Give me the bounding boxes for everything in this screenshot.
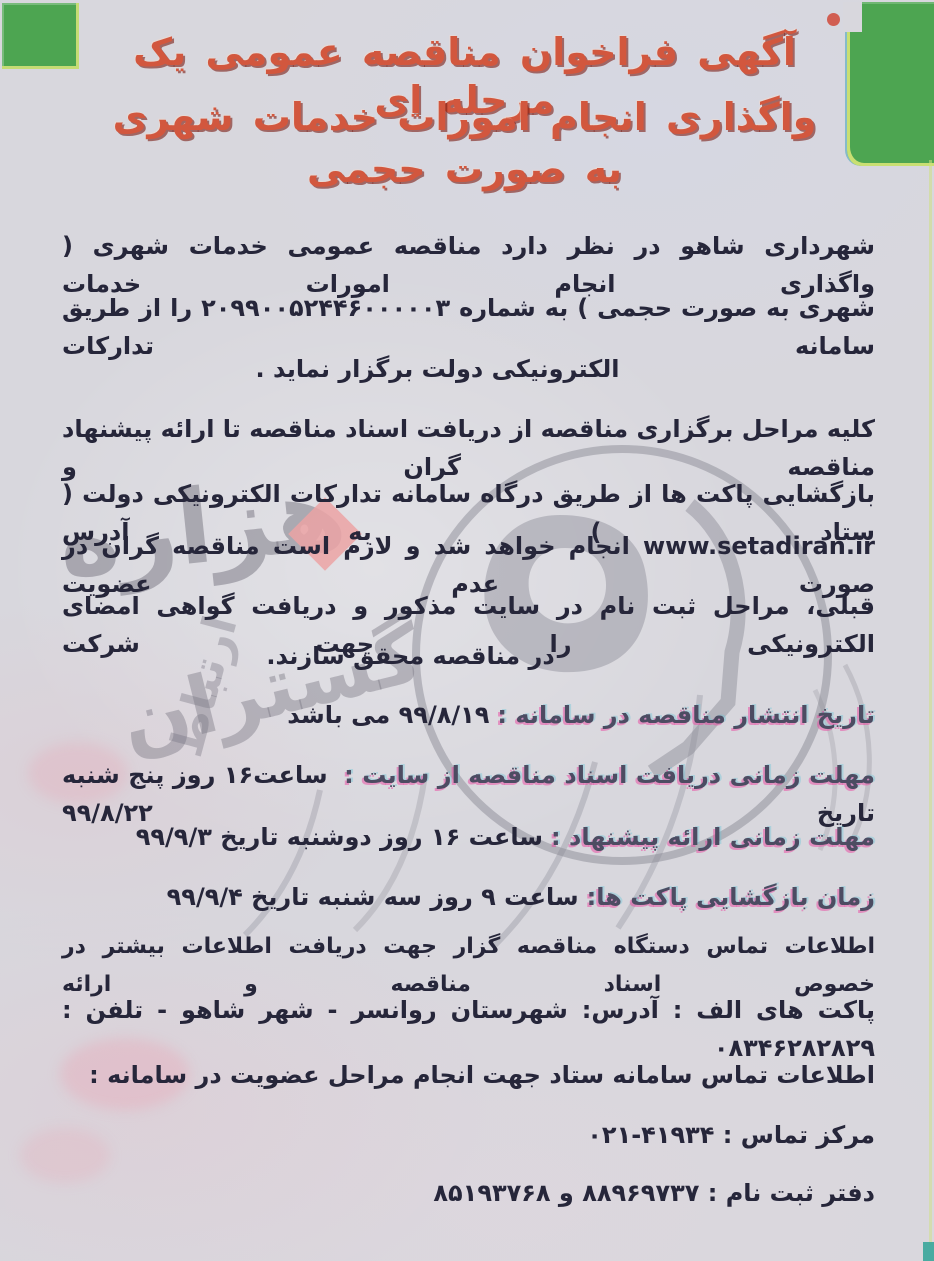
schedule-label: زمان بازگشایی پاکت ها:	[587, 883, 875, 911]
schedule-value: ۹۹/۸/۱۹ می باشد	[287, 701, 489, 729]
call-center-label: مرکز تماس :	[723, 1121, 875, 1149]
ad-title-line-2: واگذاری انجام امورات خدمات شهری	[90, 93, 839, 141]
schedule-row-publish-date: تاریخ انتشار مناقصه در سامانه :۹۹/۸/۱۹ م…	[62, 696, 875, 734]
red-print-dot	[827, 13, 840, 26]
schedule-label: مهلت زمانی دریافت اسناد مناقصه از سایت :	[344, 761, 875, 789]
call-center-number: ۰۲۱-۴۱۹۳۴	[587, 1121, 714, 1149]
contact-line-3-setad: اطلاعات تماس سامانه ستاد جهت انجام مراحل…	[62, 1056, 875, 1094]
contact-line-registration-office: دفتر ثبت نام : ۸۸۹۶۹۷۳۷ و ۸۵۱۹۳۷۶۸	[62, 1174, 875, 1212]
schedule-row-offer-deadline: مهلت زمانی ارائه پیشنهاد :ساعت ۱۶ روز دو…	[62, 818, 875, 856]
schedule-row-envelope-opening: زمان بازگشایی پاکت ها:ساعت ۹ روز سه شنبه…	[62, 878, 875, 916]
contact-line-call-center: مرکز تماس : ۰۲۱-۴۱۹۳۴	[62, 1116, 875, 1154]
green-block-notch	[843, 2, 862, 32]
newspaper-tender-ad: هزاره گستران ارتباط آگهی فراخوان مناقصه …	[0, 0, 934, 1261]
schedule-value: ساعت ۹ روز سه شنبه تاریخ ۹۹/۹/۴	[167, 883, 579, 911]
teal-corner-mark	[923, 1242, 934, 1261]
schedule-value: ساعت ۱۶ روز دوشنبه تاریخ ۹۹/۹/۳	[136, 823, 543, 851]
body-line-3: الکترونیکی دولت برگزار نماید .	[62, 350, 875, 388]
body-line-8: در مناقصه محقق سازند.	[62, 637, 875, 675]
schedule-label: مهلت زمانی ارائه پیشنهاد :	[551, 823, 875, 851]
ad-title-line-3: به صورت حجمی	[90, 145, 839, 193]
schedule-label: تاریخ انتشار مناقصه در سامانه :	[497, 701, 875, 729]
right-edge-rule	[929, 160, 932, 1245]
green-corner-block-top-left	[2, 3, 79, 69]
